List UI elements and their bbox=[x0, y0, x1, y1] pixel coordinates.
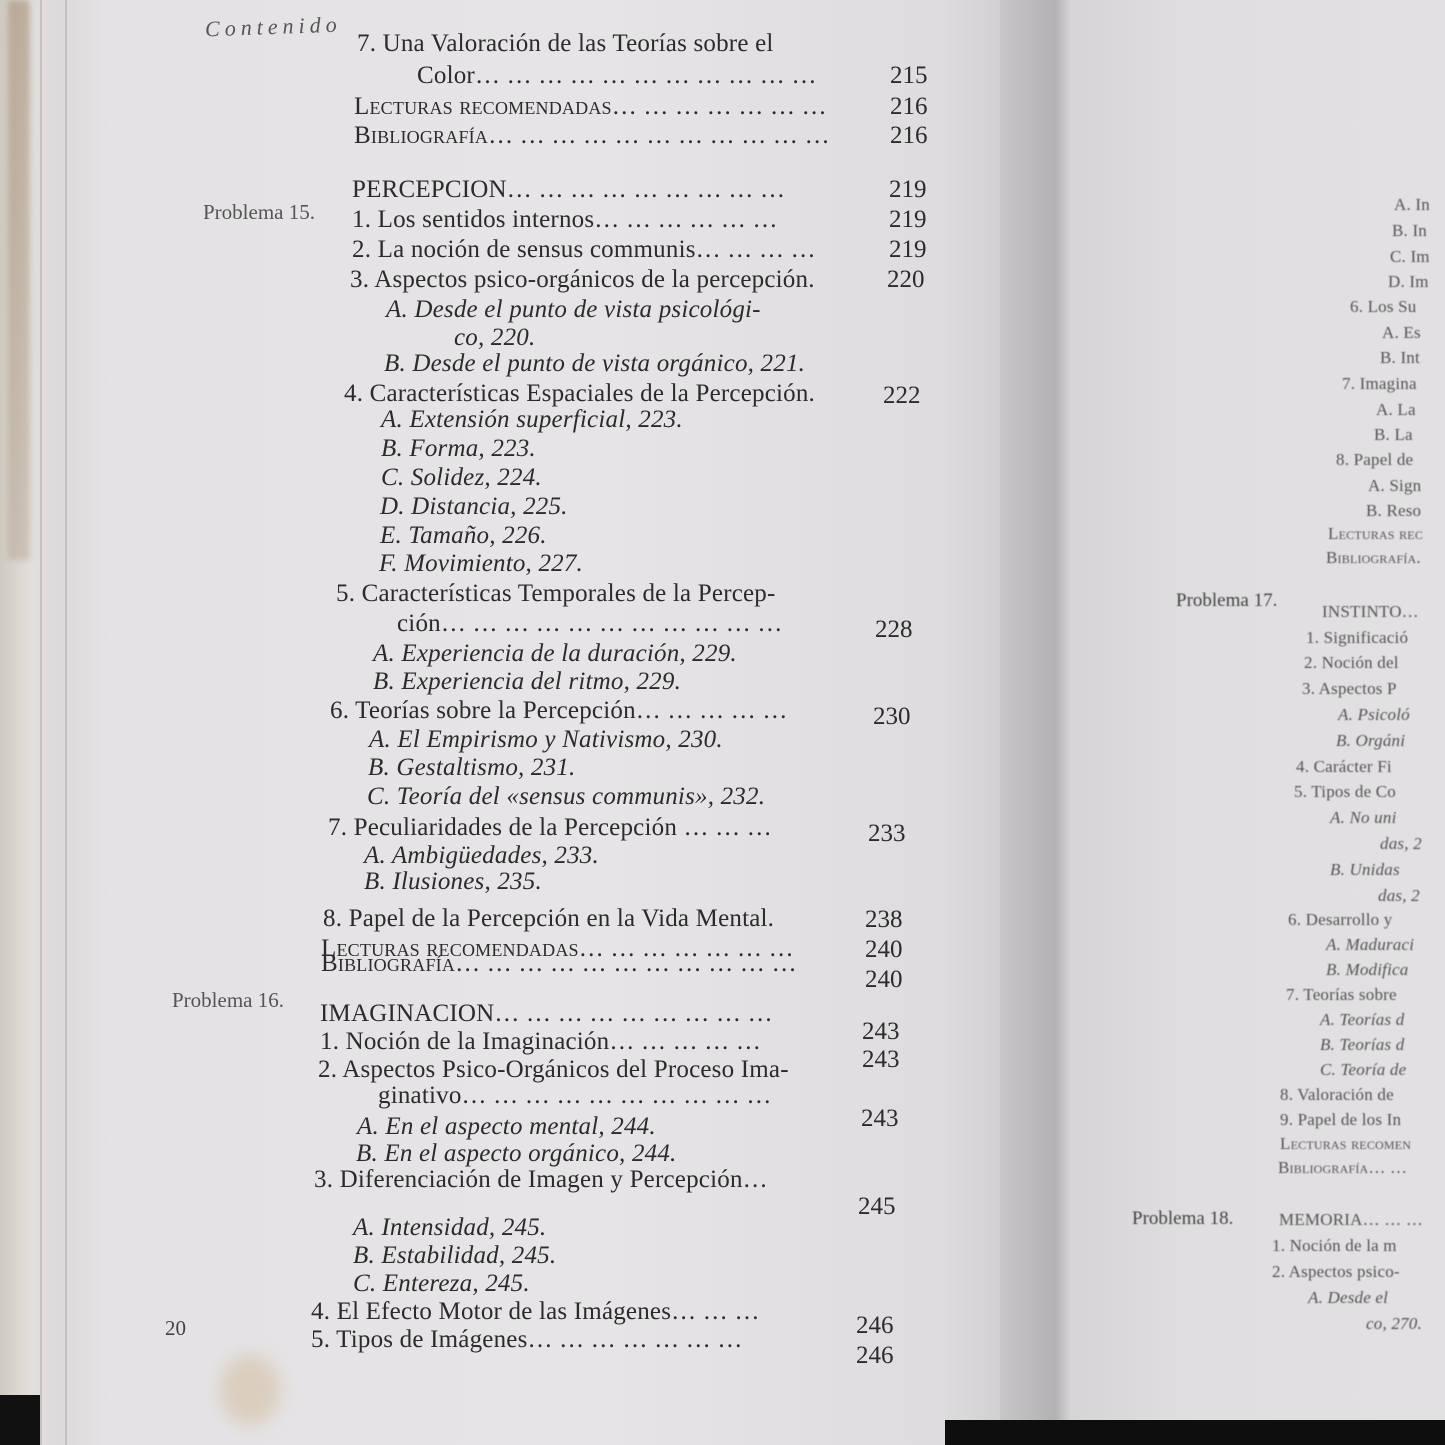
right-page: A. In B. In C. Im D. Im 6. Los Su A. Es … bbox=[1072, 0, 1445, 1445]
page-number: 246 bbox=[856, 1312, 894, 1340]
toc-subentry: das, 2 bbox=[1380, 834, 1422, 854]
toc-entry: 8. Valoración de bbox=[1280, 1085, 1394, 1105]
toc-subentry: A. Ambigüedades, 233. bbox=[364, 842, 599, 870]
folio-page-number: 20 bbox=[165, 1316, 186, 1341]
page-number: 243 bbox=[862, 1018, 900, 1046]
book-gutter bbox=[1000, 0, 1072, 1445]
page-number: 219 bbox=[889, 206, 927, 234]
toc-subentry: B. Teorías d bbox=[1320, 1035, 1404, 1055]
page-number: 238 bbox=[865, 906, 903, 934]
toc-subentry: A. Es bbox=[1382, 323, 1421, 343]
toc-entry: Bibliografía… … … … … … … … … … … bbox=[321, 950, 797, 978]
page-edge-line bbox=[40, 0, 42, 1445]
toc-subentry: C. Solidez, 224. bbox=[381, 464, 542, 492]
page-number: 245 bbox=[858, 1193, 896, 1221]
toc-subentry: A. En el aspecto mental, 244. bbox=[357, 1113, 656, 1141]
toc-entry: ginativo… … … … … … … … … … bbox=[378, 1082, 772, 1110]
toc-subentry: D. Distancia, 225. bbox=[380, 493, 568, 521]
toc-entry: ción… … … … … … … … … … … bbox=[397, 610, 783, 638]
toc-entry: 8. Papel de la Percepción en la Vida Men… bbox=[323, 905, 774, 933]
toc-entry: 3. Diferenciación de Imagen y Percepción… bbox=[314, 1166, 768, 1194]
toc-subentry: co, 270. bbox=[1366, 1314, 1422, 1334]
page-number: 243 bbox=[861, 1105, 899, 1133]
toc-subentry: A. La bbox=[1376, 400, 1416, 420]
toc-subentry: B. Modifica bbox=[1326, 960, 1408, 980]
toc-subentry: A. Maduraci bbox=[1326, 935, 1414, 955]
toc-entry: 2. Aspectos psico- bbox=[1272, 1262, 1400, 1282]
toc-entry: 5. Características Temporales de la Perc… bbox=[336, 580, 776, 608]
table-surface bbox=[0, 1395, 40, 1445]
toc-subentry: A. Experiencia de la duración, 229. bbox=[373, 640, 737, 668]
page-number: 230 bbox=[873, 703, 911, 731]
toc-subentry: A. Psicoló bbox=[1338, 705, 1410, 725]
toc-subentry: C. Entereza, 245. bbox=[353, 1270, 530, 1298]
toc-subentry: B. En el aspecto orgánico, 244. bbox=[356, 1140, 677, 1168]
water-stain bbox=[220, 1355, 280, 1425]
toc-subentry: A. Desde el punto de vista psicológi- bbox=[386, 296, 761, 324]
toc-entry: PERCEPCION… … … … … … … … … bbox=[352, 176, 785, 204]
toc-subentry: B. In bbox=[1392, 221, 1427, 241]
page-edge-line bbox=[65, 0, 67, 1445]
toc-entry: Lecturas recomendadas… … … … … … … bbox=[354, 93, 827, 121]
toc-subentry: B. Forma, 223. bbox=[381, 435, 536, 463]
toc-subentry: A. El Empirismo y Nativismo, 230. bbox=[369, 726, 723, 754]
toc-subentry: B. Gestaltismo, 231. bbox=[368, 754, 575, 782]
toc-subentry: C. Teoría del «sensus communis», 232. bbox=[367, 783, 765, 811]
toc-subentry: A. Desde el bbox=[1308, 1288, 1388, 1308]
toc-subentry: das, 2 bbox=[1378, 886, 1420, 906]
toc-entry: 8. Papel de bbox=[1336, 450, 1413, 470]
running-header: Contenido bbox=[205, 12, 342, 43]
toc-entry: 3. Aspectos P bbox=[1302, 679, 1397, 699]
book-photo: Contenido 7. Una Valoración de las Teorí… bbox=[0, 0, 1445, 1445]
page-number: 220 bbox=[887, 266, 925, 294]
toc-subentry: co, 220. bbox=[454, 324, 535, 352]
page-number: 246 bbox=[856, 1342, 894, 1370]
page-number: 219 bbox=[889, 176, 927, 204]
toc-entry: 6. Los Su bbox=[1350, 297, 1417, 317]
toc-subentry: B. Unidas bbox=[1330, 860, 1400, 880]
toc-subentry: E. Tamaño, 226. bbox=[380, 522, 547, 550]
toc-subentry: B. Ilusiones, 235. bbox=[364, 868, 542, 896]
toc-entry: 3. Aspectos psico-orgánicos de la percep… bbox=[350, 266, 815, 294]
toc-entry: 7. Peculiaridades de la Percepción … … … bbox=[328, 814, 772, 842]
page-number: 240 bbox=[865, 966, 903, 994]
toc-subentry: A. Intensidad, 245. bbox=[353, 1214, 546, 1242]
toc-entry: INSTINTO… bbox=[1322, 602, 1419, 622]
page-number: 216 bbox=[890, 93, 928, 121]
page-number: 215 bbox=[890, 62, 928, 90]
toc-subentry: A. Teorías d bbox=[1320, 1010, 1404, 1030]
toc-subentry: B. Estabilidad, 245. bbox=[353, 1242, 556, 1270]
toc-entry: Bibliografía… … bbox=[1278, 1158, 1407, 1178]
toc-subentry: D. Im bbox=[1388, 272, 1429, 292]
toc-entry: 5. Tipos de Imágenes… … … … … … … bbox=[311, 1326, 743, 1354]
toc-entry: 4. El Efecto Motor de las Imágenes… … … bbox=[311, 1298, 760, 1326]
toc-entry: 7. Imagina bbox=[1342, 374, 1417, 394]
toc-subentry: A. Extensión superficial, 223. bbox=[381, 406, 683, 434]
toc-entry: 1. Noción de la Imaginación… … … … … bbox=[320, 1028, 761, 1056]
toc-entry: 4. Carácter Fi bbox=[1296, 757, 1392, 777]
toc-entry: 4. Características Espaciales de la Perc… bbox=[344, 380, 815, 408]
problem-label: Problema 17. bbox=[1176, 590, 1277, 612]
toc-entry: 7. Teorías sobre bbox=[1286, 985, 1397, 1005]
left-page: Contenido 7. Una Valoración de las Teorí… bbox=[0, 0, 1000, 1445]
toc-subentry: B. La bbox=[1374, 425, 1413, 445]
toc-subentry: B. Desde el punto de vista orgánico, 221… bbox=[384, 350, 805, 378]
page-number: 228 bbox=[875, 616, 913, 644]
toc-entry: MEMORIA… … … bbox=[1279, 1210, 1423, 1230]
toc-entry: Bibliografía… … … … … … … … … … … bbox=[354, 122, 830, 150]
toc-entry: IMAGINACION… … … … … … … … … bbox=[320, 1000, 773, 1028]
toc-entry: 7. Una Valoración de las Teorías sobre e… bbox=[357, 30, 774, 58]
toc-entry: 1. Los sentidos internos… … … … … … bbox=[352, 206, 778, 234]
toc-subentry: B. Reso bbox=[1366, 501, 1421, 521]
toc-entry: 1. Significació bbox=[1306, 628, 1408, 648]
page-number: 240 bbox=[865, 936, 903, 964]
toc-entry: 2. Noción del bbox=[1304, 653, 1399, 673]
toc-entry: 6. Teorías sobre la Percepción… … … … … bbox=[330, 697, 788, 725]
toc-subentry: A. In bbox=[1394, 195, 1430, 215]
toc-subentry: B. Orgáni bbox=[1336, 731, 1405, 751]
page-number: 243 bbox=[862, 1046, 900, 1074]
toc-entry: 9. Papel de los In bbox=[1280, 1110, 1401, 1130]
page-number: 216 bbox=[890, 122, 928, 150]
toc-entry: Lecturas recomen bbox=[1280, 1134, 1411, 1154]
problem-label: Problema 16. bbox=[172, 988, 284, 1013]
toc-entry: Bibliografía. bbox=[1326, 548, 1421, 568]
toc-entry: 5. Tipos de Co bbox=[1294, 782, 1396, 802]
page-number: 233 bbox=[868, 820, 906, 848]
problem-label: Problema 15. bbox=[203, 200, 315, 225]
toc-subentry: F. Movimiento, 227. bbox=[379, 550, 583, 578]
page-number: 222 bbox=[883, 382, 921, 410]
toc-entry: Lecturas rec bbox=[1328, 524, 1423, 544]
toc-subentry: C. Im bbox=[1390, 247, 1430, 267]
toc-subentry: B. Int bbox=[1380, 348, 1420, 368]
problem-label: Problema 18. bbox=[1132, 1208, 1233, 1230]
toc-subentry: A. No uni bbox=[1330, 808, 1397, 828]
toc-entry: 2. Aspectos Psico-Orgánicos del Proceso … bbox=[318, 1056, 789, 1084]
toc-entry: 1. Noción de la m bbox=[1272, 1236, 1397, 1256]
toc-entry: 6. Desarrollo y bbox=[1288, 910, 1393, 930]
toc-entry: 2. La noción de sensus communis… … … … bbox=[352, 236, 816, 264]
page-number: 219 bbox=[889, 236, 927, 264]
toc-subentry: A. Sign bbox=[1368, 476, 1421, 496]
toc-subentry: C. Teoría de bbox=[1320, 1060, 1406, 1080]
table-surface bbox=[945, 1420, 1445, 1445]
page-edge-stain bbox=[8, 0, 30, 560]
toc-subentry: B. Experiencia del ritmo, 229. bbox=[373, 668, 681, 696]
toc-entry: Color… … … … … … … … … … … bbox=[417, 62, 817, 90]
